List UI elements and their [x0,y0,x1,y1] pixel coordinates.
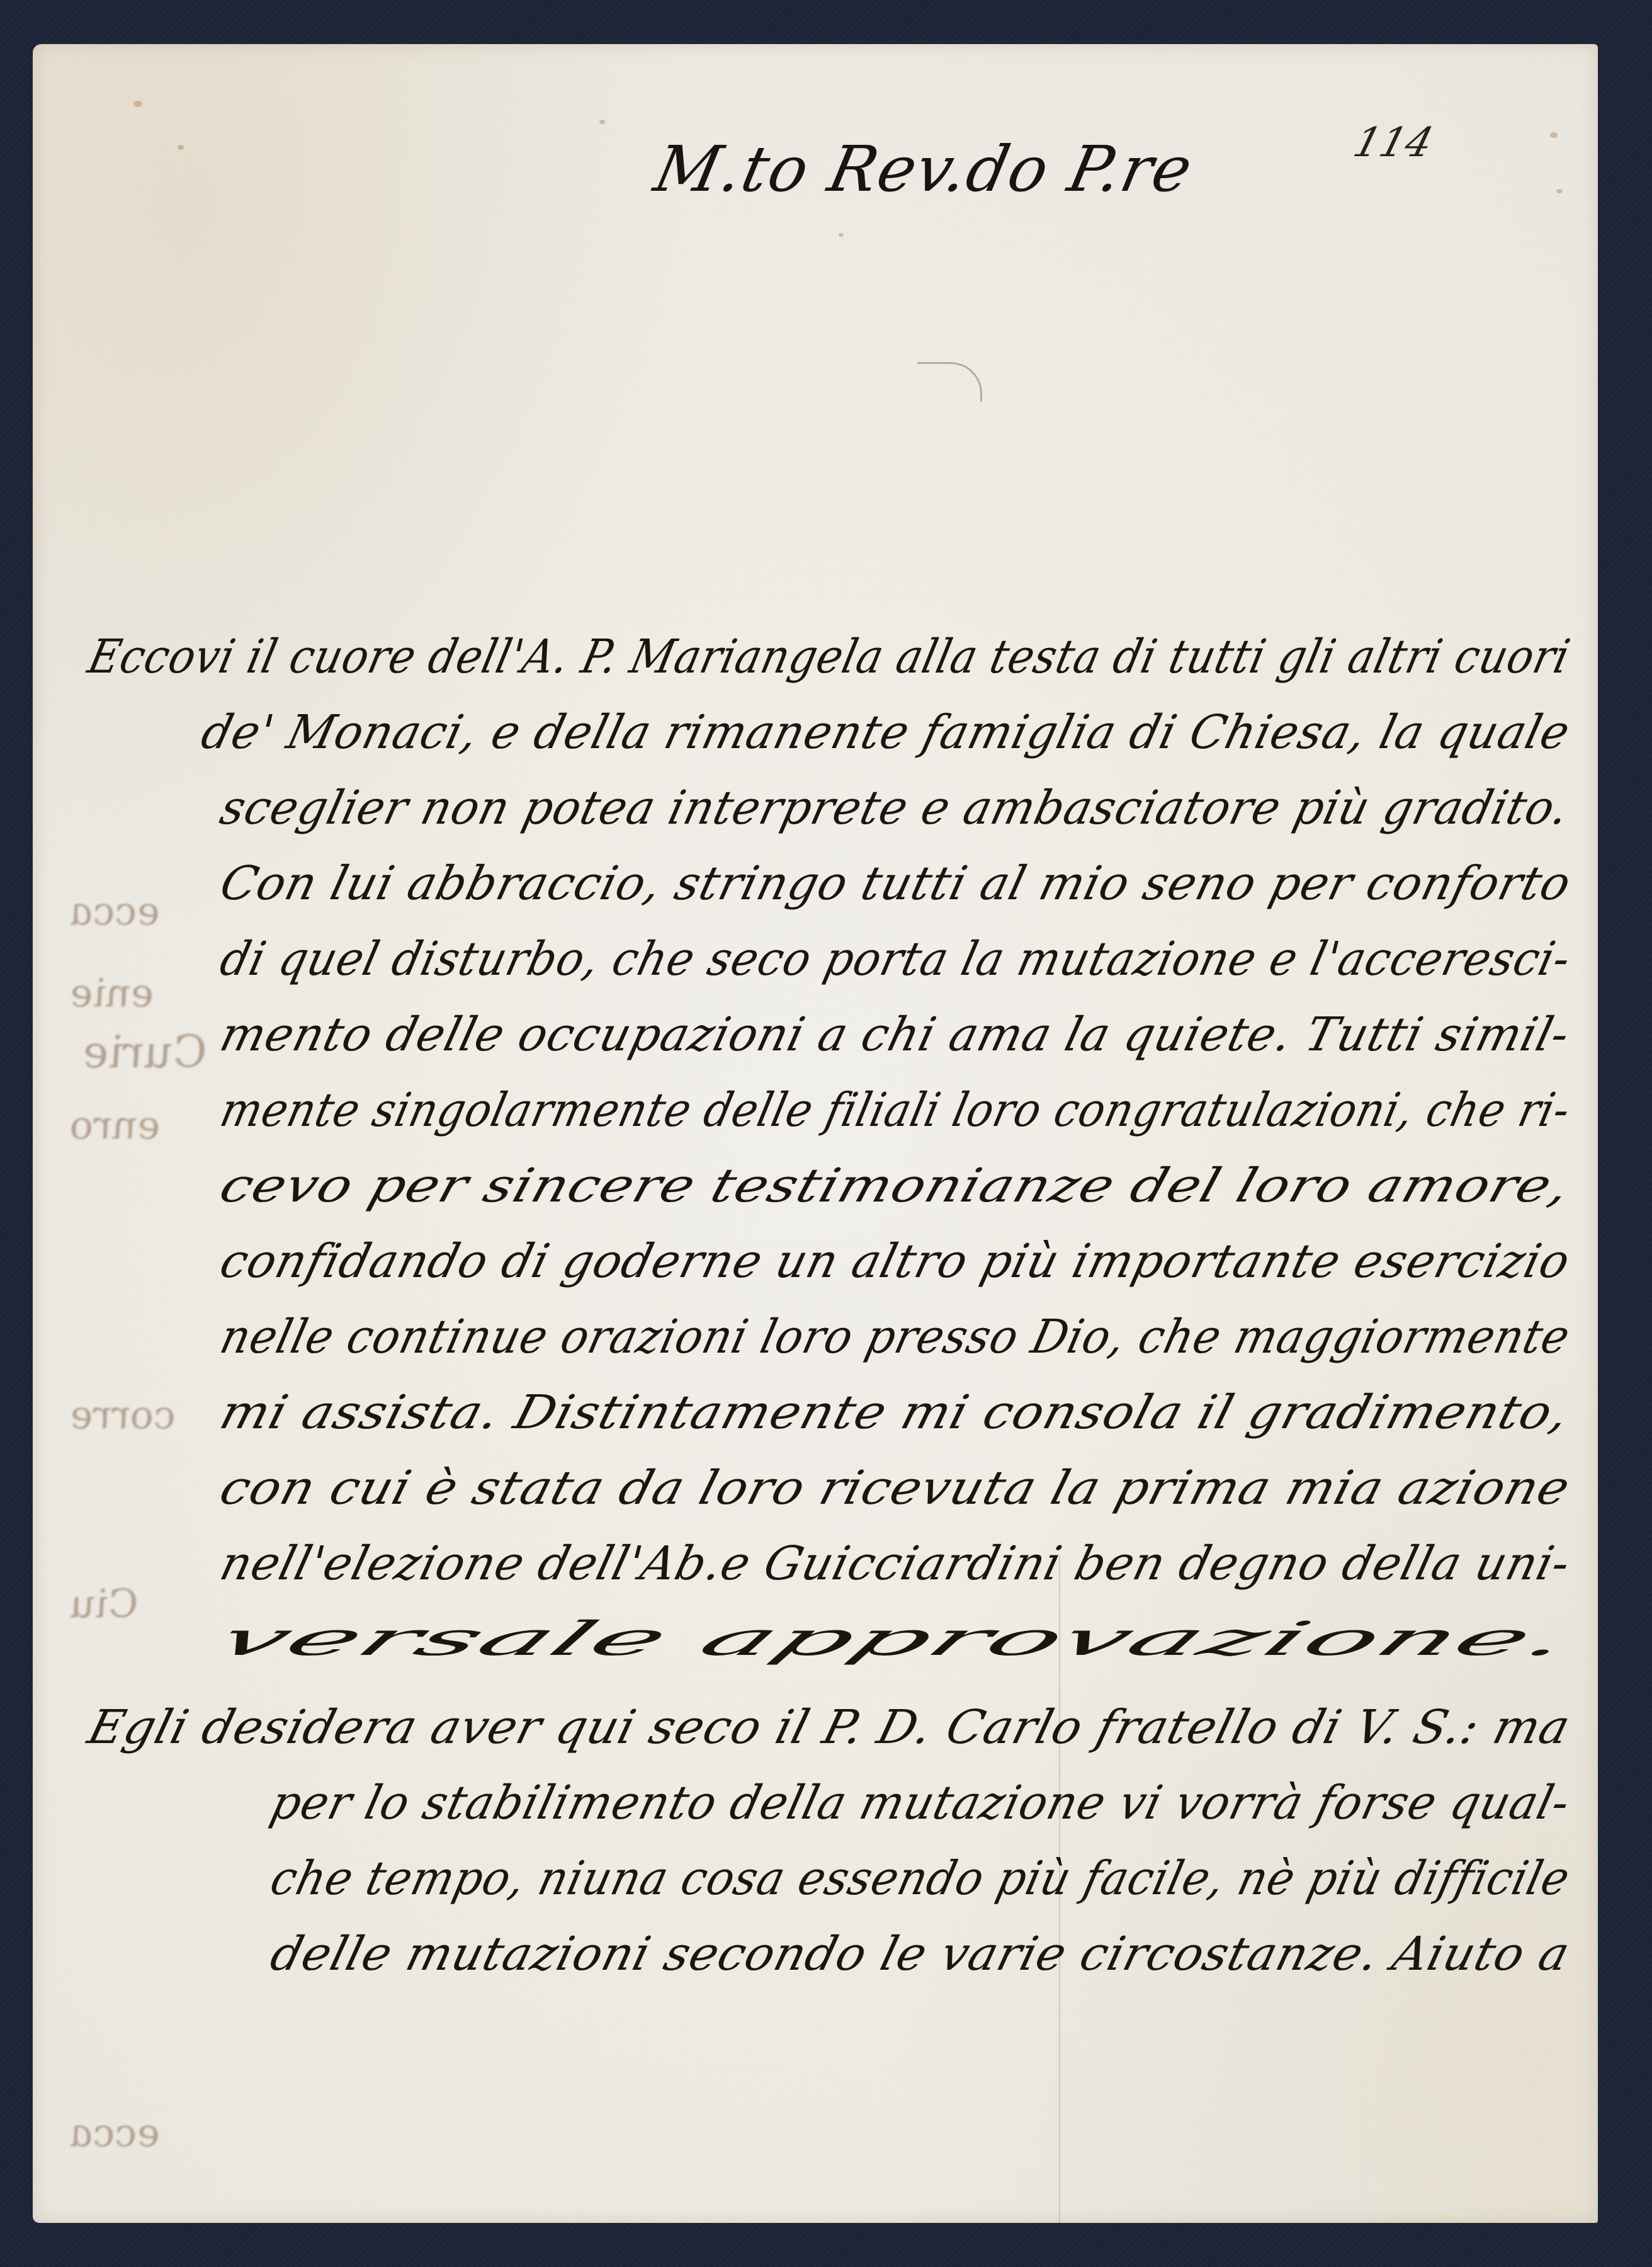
text-line: versale approvazione. [205,1612,1587,1666]
text-line: mente singolarmente delle filiali loro c… [215,1083,1575,1137]
text-line: de' Monaci, e della rimanente famiglia d… [196,705,1576,759]
text-line: nell'elezione dell'Ab.e Guicciardini ben… [215,1537,1576,1591]
text-line: Eccovi il cuore dell'A. P. Mariangela al… [83,630,1575,684]
text-line: nelle continue orazioni loro presso Dio,… [215,1310,1575,1364]
letter-sheet: ecca enie Curie enro corre Ciu ecca M.to… [33,44,1598,2223]
text-line: delle mutazioni secondo le varie circost… [265,1927,1575,1981]
letter-body: Eccovi il cuore dell'A. P. Mariangela al… [33,44,1598,2223]
text-line: mi assista. Distintamente mi consola il … [214,1385,1575,1440]
text-line: confidando di goderne un altro più impor… [215,1234,1575,1288]
text-line: per lo stabilimento della mutazione vi v… [266,1776,1576,1830]
text-line: che tempo, niuna cosa essendo più facile… [266,1851,1575,1906]
text-line: Egli desidera aver qui seco il P. D. Car… [82,1700,1576,1754]
text-line: cevo per sincere testimonianze del loro … [213,1159,1576,1213]
text-line: mento delle occupazioni a chi ama la qui… [215,1008,1575,1062]
text-line: con cui è stata da loro ricevuta la prim… [214,1461,1576,1515]
text-line: sceglier non potea interprete e ambascia… [215,781,1575,835]
text-line: Con lui abbraccio, stringo tutti al mio … [215,856,1576,911]
text-line: di quel disturbo, che seco porta la muta… [215,932,1576,986]
